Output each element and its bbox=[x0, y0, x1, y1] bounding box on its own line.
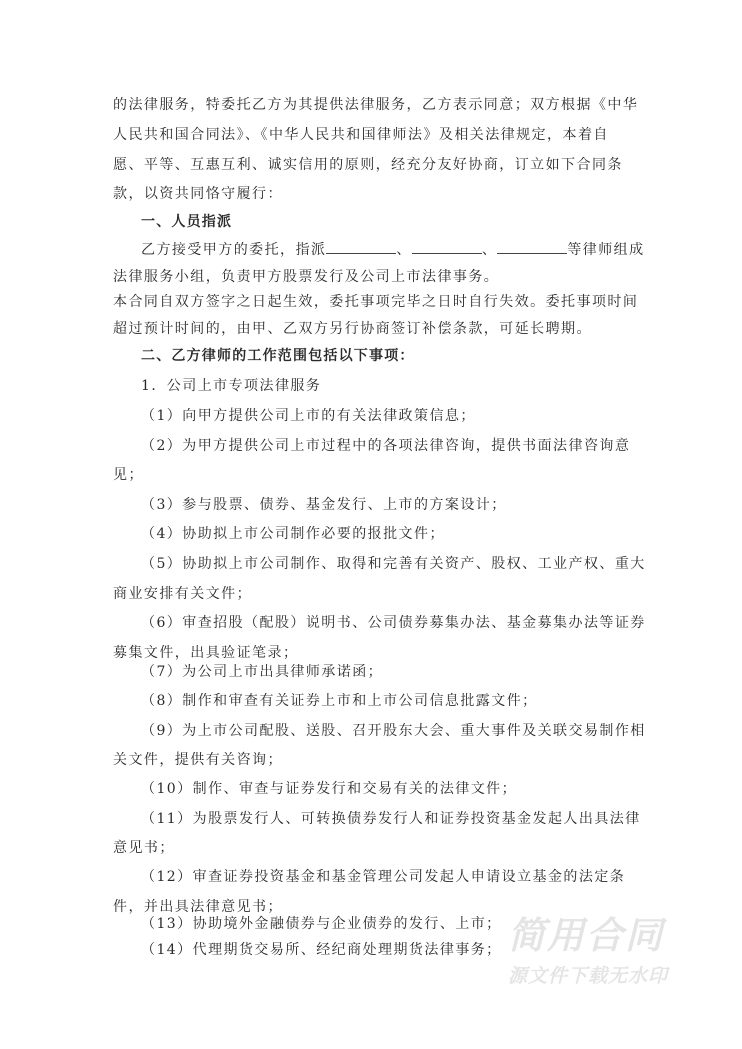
list-item-11-cont: 意见书； bbox=[113, 838, 175, 858]
list-item-9: （9）为上市公司配股、送股、召开股东大会、重大事件及关联交易制作相 bbox=[141, 721, 646, 741]
assign-prefix: 乙方接受甲方的委托，指派 bbox=[141, 242, 326, 258]
watermark: 简用合同 源文件下载无水印 bbox=[508, 915, 718, 989]
intro-line-4: 款，以资共同恪守履行： bbox=[113, 184, 283, 204]
assign-suffix: 等律师组成 bbox=[567, 242, 644, 258]
watermark-tagline: 源文件下载无水印 bbox=[508, 963, 718, 989]
list-item-2: （2）为甲方提供公司上市过程中的各项法律咨询，提供书面法律咨询意 bbox=[141, 436, 630, 456]
subsection-1-title: 1．公司上市专项法律服务 bbox=[141, 376, 321, 396]
intro-line-3: 愿、平等、互惠互利、诚实信用的原则，经充分友好协商，订立如下合同条 bbox=[113, 155, 623, 175]
list-item-8: （8）制作和审查有关证券上市和上市公司信息批露文件； bbox=[141, 691, 538, 711]
list-item-5: （5）协助拟上市公司制作、取得和完善有关资产、股权、工业产权、重大 bbox=[141, 554, 646, 574]
term-line-1: 本合同自双方签字之日起生效，委托事项完毕之日时自行失效。委托事项时间 bbox=[113, 292, 638, 312]
list-item-6: （6）审查招股（配股）说明书、公司债券募集办法、基金募集办法等证券 bbox=[141, 613, 646, 633]
list-item-9-cont: 关文件，提供有关咨询； bbox=[113, 750, 283, 770]
watermark-brand: 简用合同 bbox=[508, 915, 718, 957]
list-item-10: （10）制作、审查与证券发行和交易有关的法律文件； bbox=[141, 779, 517, 799]
separator: 、 bbox=[396, 242, 411, 258]
list-item-1: （1）向甲方提供公司上市的有关法律政策信息； bbox=[141, 406, 476, 426]
assign-line-2: 法律服务小组，负责甲方股票发行及公司上市法律事务。 bbox=[113, 267, 499, 287]
section-1-heading: 一、人员指派 bbox=[141, 212, 232, 232]
list-item-3: （3）参与股票、债券、基金发行、上市的方案设计； bbox=[141, 495, 507, 515]
separator: 、 bbox=[482, 242, 497, 258]
list-item-4: （4）协助拟上市公司制作必要的报批文件； bbox=[141, 524, 445, 544]
document-page: 的法律服务，特委托乙方为其提供法律服务，乙方表示同意；双方根据《中华 人民共和国… bbox=[0, 0, 742, 1049]
list-item-7: （7）为公司上市出具律师承诺函； bbox=[141, 662, 383, 682]
list-item-5-cont: 商业安排有关文件； bbox=[113, 584, 252, 604]
list-item-14: （14）代理期货交易所、经纪商处理期货法律事务； bbox=[141, 940, 502, 960]
list-item-11: （11）为股票发行人、可转换债券发行人和证券投资基金发起人出具法律 bbox=[141, 809, 641, 829]
lawyer-name-blank-3[interactable] bbox=[497, 240, 567, 254]
intro-line-1: 的法律服务，特委托乙方为其提供法律服务，乙方表示同意；双方根据《中华 bbox=[113, 95, 638, 115]
section-2-heading: 二、乙方律师的工作范围包括以下事项： bbox=[141, 346, 415, 366]
list-item-6-cont: 募集文件，出具验证笔录； bbox=[113, 643, 298, 663]
list-item-12: （12）审查证券投资基金和基金管理公司发起人申请设立基金的法定条 bbox=[141, 867, 625, 887]
lawyer-name-blank-1[interactable] bbox=[326, 240, 396, 254]
list-item-13: （13）协助境外金融债券与企业债券的发行、上市； bbox=[141, 914, 502, 934]
list-item-2-cont: 见； bbox=[113, 465, 144, 485]
lawyer-name-blank-2[interactable] bbox=[412, 240, 482, 254]
assign-line-1: 乙方接受甲方的委托，指派、、等律师组成 bbox=[141, 240, 645, 260]
intro-line-2: 人民共和国合同法》、《中华人民共和国律师法》及相关法律规定，本着自 bbox=[113, 125, 609, 145]
term-line-2: 超过预计时间的，由甲、乙双方另行协商签订补偿条款，可延长聘期。 bbox=[113, 319, 592, 339]
